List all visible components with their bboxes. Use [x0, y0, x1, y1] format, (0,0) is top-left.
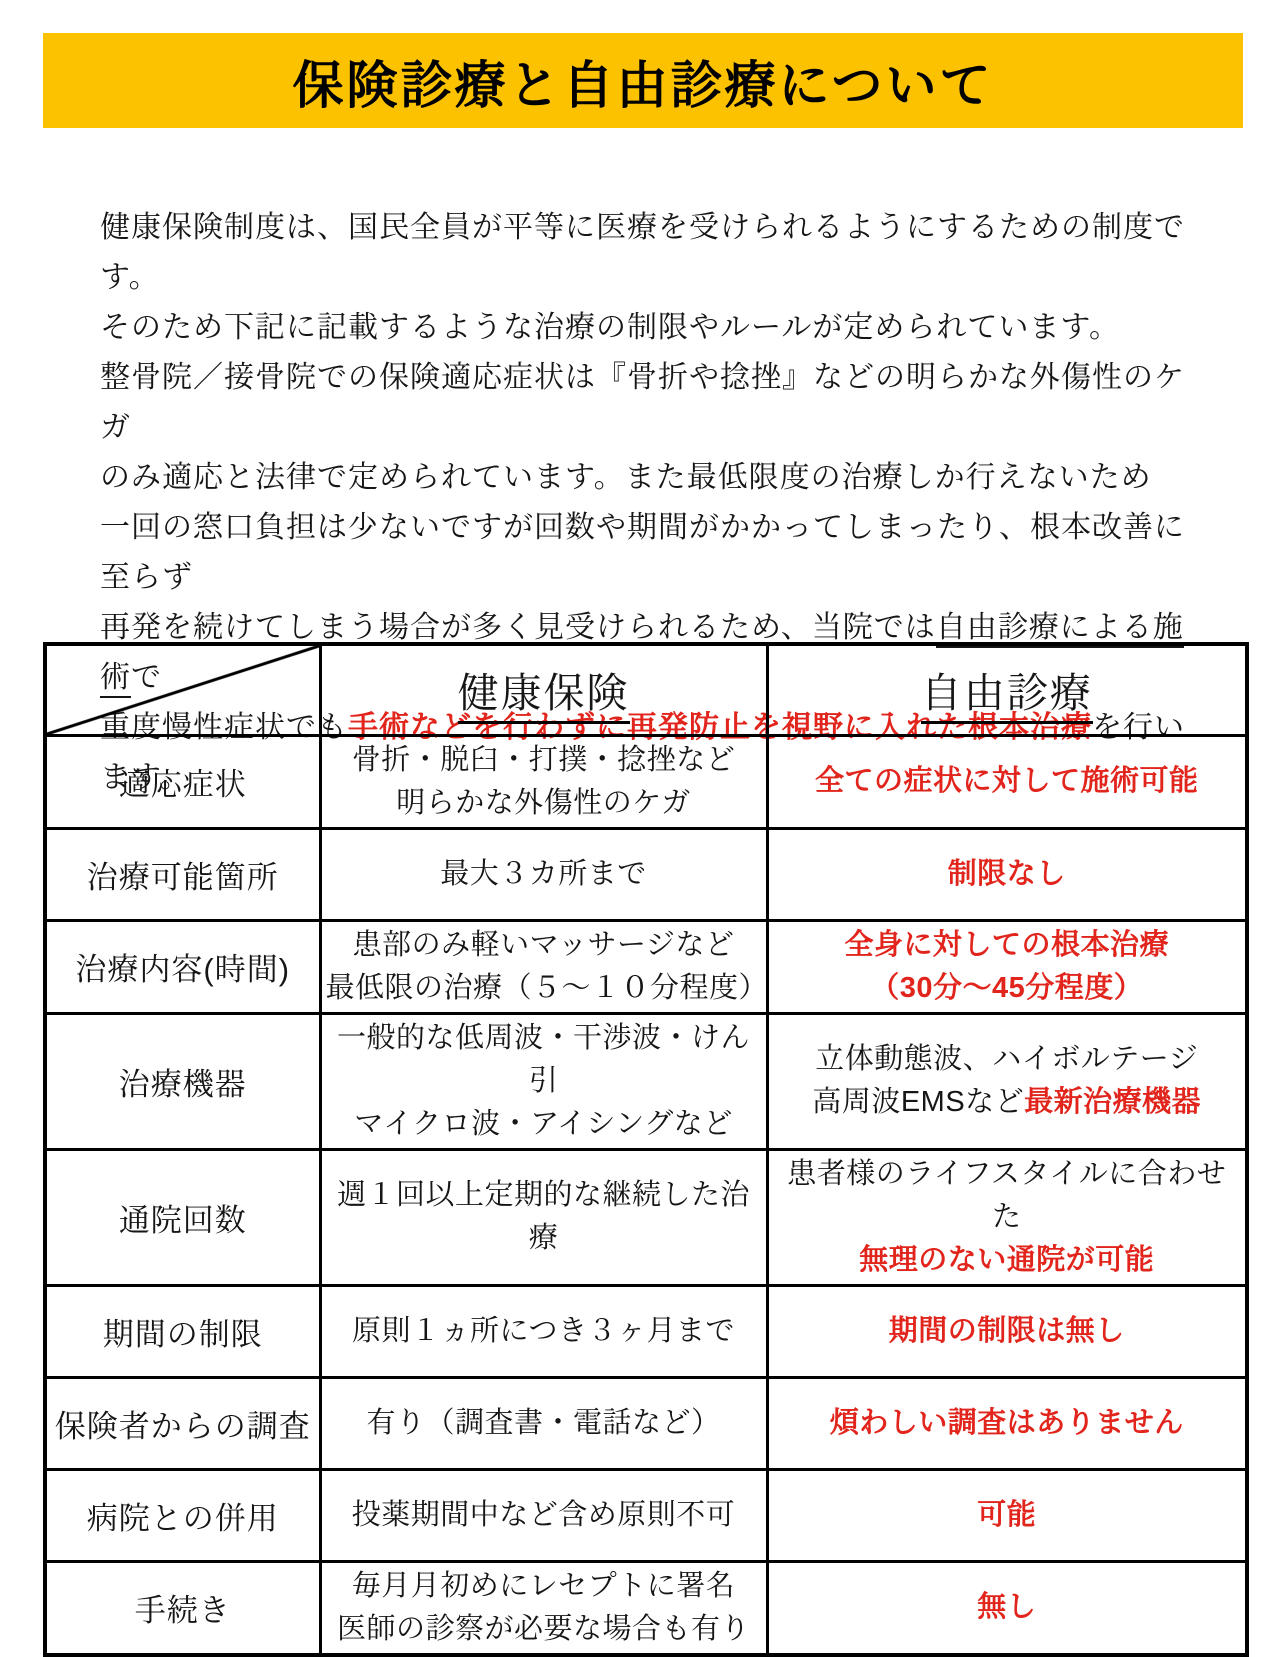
cell-line: 無し	[773, 1586, 1242, 1629]
column-header-label: 健康保険	[458, 670, 630, 724]
table-row: 適応症状骨折・脱臼・打撲・捻挫など明らかな外傷性のケガ全ての症状に対して施術可能	[45, 735, 1247, 828]
jiyu-shinryo-cell: 無し	[767, 1561, 1247, 1655]
text-segment: 投薬期間中など含め原則不可	[352, 1499, 736, 1531]
kenko-hoken-cell: 一般的な低周波・干渉波・けん引マイクロ波・アイシングなど	[320, 1013, 767, 1149]
highlighted-text: 全ての症状に対して施術可能	[815, 765, 1199, 797]
row-label: 手続き	[45, 1561, 320, 1655]
cell-line: マイクロ波・アイシングなど	[326, 1103, 762, 1146]
kenko-hoken-cell: 骨折・脱臼・打撲・捻挫など明らかな外傷性のケガ	[320, 735, 767, 828]
column-header-label: 自由診療	[921, 670, 1093, 724]
cell-line: 最低限の治療（５〜１０分程度）	[326, 967, 762, 1010]
kenko-hoken-cell: 毎月月初めにレセプトに署名医師の診察が必要な場合も有り	[320, 1561, 767, 1655]
intro-line: のみ適応と法律で定められています。また最低限度の治療しか行えないため	[100, 453, 1210, 503]
highlighted-text: 可能	[977, 1499, 1036, 1531]
row-label: 期間の制限	[45, 1285, 320, 1377]
jiyu-shinryo-cell: 全ての症状に対して施術可能	[767, 735, 1247, 828]
intro-line: 整骨院／接骨院での保険適応症状は『骨折や捻挫』などの明らかな外傷性のケガ	[100, 353, 1210, 453]
column-header-kenko-hoken: 健康保険	[320, 644, 767, 735]
text-segment: 最低限の治療（５〜１０分程度）	[326, 972, 768, 1004]
kenko-hoken-cell: 投薬期間中など含め原則不可	[320, 1469, 767, 1561]
cell-line: 期間の制限は無し	[773, 1310, 1242, 1353]
jiyu-shinryo-cell: 立体動態波、ハイボルテージ高周波EMSなど最新治療機器	[767, 1013, 1247, 1149]
table-header-row: 健康保険 自由診療	[45, 644, 1247, 735]
text-segment: 骨折・脱臼・打撲・捻挫など	[352, 744, 736, 776]
text-segment: 医師の診察が必要な場合も有り	[337, 1613, 750, 1645]
flyer-page: { "title": "保険診療と自由診療について", "colors": { …	[0, 0, 1286, 1607]
cell-line: （30分〜45分程度）	[773, 967, 1242, 1010]
table-row: 期間の制限原則１ヵ所につき３ヶ月まで期間の制限は無し	[45, 1285, 1247, 1377]
highlighted-text: 全身に対しての根本治療	[844, 929, 1169, 961]
kenko-hoken-cell: 有り（調査書・電話など）	[320, 1377, 767, 1469]
jiyu-shinryo-cell: 期間の制限は無し	[767, 1285, 1247, 1377]
text-segment: 最大３カ所まで	[440, 858, 647, 890]
text-segment: 原則１ヵ所につき３ヶ月まで	[352, 1315, 735, 1347]
text-segment: 毎月月初めにレセプトに署名	[352, 1570, 736, 1602]
highlighted-text: 期間の制限は無し	[889, 1315, 1125, 1347]
text-segment: 健康保険制度は、国民全員が平等に医療を受けられるようにするための制度です。	[100, 211, 1185, 294]
cell-line: 有り（調査書・電話など）	[326, 1402, 762, 1445]
table-row: 治療内容(時間)患部のみ軽いマッサージなど最低限の治療（５〜１０分程度）全身に対…	[45, 920, 1247, 1013]
intro-line: そのため下記に記載するような治療の制限やルールが定められています。	[100, 303, 1210, 353]
comparison-table: 健康保険 自由診療 適応症状骨折・脱臼・打撲・捻挫など明らかな外傷性のケガ全ての…	[43, 642, 1249, 1657]
kenko-hoken-cell: 原則１ヵ所につき３ヶ月まで	[320, 1285, 767, 1377]
cell-line: 最大３カ所まで	[326, 853, 762, 896]
corner-diagonal-cell	[45, 644, 320, 735]
page-title: 保険診療と自由診療について	[293, 44, 994, 118]
cell-line: 無理のない通院が可能	[773, 1239, 1242, 1282]
cell-line: 毎月月初めにレセプトに署名	[326, 1565, 762, 1608]
kenko-hoken-cell: 患部のみ軽いマッサージなど最低限の治療（５〜１０分程度）	[320, 920, 767, 1013]
text-segment: 有り（調査書・電話など）	[366, 1407, 720, 1439]
intro-line: 健康保険制度は、国民全員が平等に医療を受けられるようにするための制度です。	[100, 203, 1210, 303]
text-segment: そのため下記に記載するような治療の制限やルールが定められています。	[100, 311, 1120, 344]
cell-line: 煩わしい調査はありません	[773, 1402, 1242, 1445]
row-label: 通院回数	[45, 1149, 320, 1285]
cell-line: 明らかな外傷性のケガ	[326, 782, 762, 825]
cell-line: 骨折・脱臼・打撲・捻挫など	[326, 739, 762, 782]
column-header-jiyu-shinryo: 自由診療	[767, 644, 1247, 735]
text-segment: 再発を続けてしまう場合が多く見受けられるため、当院では	[100, 611, 936, 644]
jiyu-shinryo-cell: 煩わしい調査はありません	[767, 1377, 1247, 1469]
cell-line: 高周波EMSなど最新治療機器	[773, 1081, 1242, 1124]
cell-line: 医師の診察が必要な場合も有り	[326, 1608, 762, 1651]
row-label: 治療可能箇所	[45, 828, 320, 920]
text-segment: 整骨院／接骨院での保険適応症状は『骨折や捻挫』などの明らかな外傷性のケガ	[100, 361, 1185, 444]
jiyu-shinryo-cell: 患者様のライフスタイルに合わせた無理のない通院が可能	[767, 1149, 1247, 1285]
table-row: 治療可能箇所最大３カ所まで制限なし	[45, 828, 1247, 920]
comparison-table-wrap: 健康保険 自由診療 適応症状骨折・脱臼・打撲・捻挫など明らかな外傷性のケガ全ての…	[43, 642, 1249, 1657]
row-label: 保険者からの調査	[45, 1377, 320, 1469]
row-label: 適応症状	[45, 735, 320, 828]
cell-line: 原則１ヵ所につき３ヶ月まで	[326, 1310, 762, 1353]
highlighted-text: 無し	[977, 1591, 1036, 1623]
cell-line: 投薬期間中など含め原則不可	[326, 1494, 762, 1537]
jiyu-shinryo-cell: 可能	[767, 1469, 1247, 1561]
table-row: 通院回数週１回以上定期的な継続した治療患者様のライフスタイルに合わせた無理のない…	[45, 1149, 1247, 1285]
jiyu-shinryo-cell: 制限なし	[767, 828, 1247, 920]
cell-line: 一般的な低周波・干渉波・けん引	[326, 1017, 762, 1103]
kenko-hoken-cell: 最大３カ所まで	[320, 828, 767, 920]
table-row: 病院との併用投薬期間中など含め原則不可可能	[45, 1469, 1247, 1561]
cell-line: 制限なし	[773, 853, 1242, 896]
text-segment: 高周波EMSなど	[812, 1086, 1024, 1118]
cell-line: 可能	[773, 1494, 1242, 1537]
text-segment: 一般的な低周波・干渉波・けん引	[337, 1022, 750, 1097]
text-segment: 明らかな外傷性のケガ	[396, 787, 690, 819]
text-segment: 患者様のライフスタイルに合わせた	[787, 1158, 1226, 1233]
highlighted-text: 制限なし	[948, 858, 1066, 890]
text-segment: 立体動態波、ハイボルテージ	[815, 1043, 1198, 1075]
table-row: 保険者からの調査有り（調査書・電話など）煩わしい調査はありません	[45, 1377, 1247, 1469]
text-segment: 週１回以上定期的な継続した治療	[337, 1179, 750, 1254]
cell-line: 週１回以上定期的な継続した治療	[326, 1174, 762, 1260]
cell-line: 全ての症状に対して施術可能	[773, 760, 1242, 803]
text-segment: のみ適応と法律で定められています。また最低限度の治療しか行えないため	[100, 461, 1152, 494]
highlighted-text: 煩わしい調査はありません	[830, 1407, 1184, 1439]
text-segment: マイクロ波・アイシングなど	[354, 1108, 732, 1140]
jiyu-shinryo-cell: 全身に対しての根本治療（30分〜45分程度）	[767, 920, 1247, 1013]
table-row: 治療機器一般的な低周波・干渉波・けん引マイクロ波・アイシングなど立体動態波、ハイ…	[45, 1013, 1247, 1149]
row-label: 治療機器	[45, 1013, 320, 1149]
cell-line: 立体動態波、ハイボルテージ	[773, 1038, 1242, 1081]
text-segment: 一回の窓口負担は少ないですが回数や期間がかかってしまったり、根本改善に至らず	[100, 511, 1185, 594]
intro-line: 一回の窓口負担は少ないですが回数や期間がかかってしまったり、根本改善に至らず	[100, 503, 1210, 603]
title-banner: 保険診療と自由診療について	[43, 33, 1243, 128]
cell-line: 全身に対しての根本治療	[773, 924, 1242, 967]
table-row: 手続き毎月月初めにレセプトに署名医師の診察が必要な場合も有り無し	[45, 1561, 1247, 1655]
highlighted-text: （30分〜45分程度）	[870, 972, 1143, 1004]
highlighted-text: 最新治療機器	[1024, 1086, 1201, 1118]
cell-line: 患部のみ軽いマッサージなど	[326, 924, 762, 967]
row-label: 治療内容(時間)	[45, 920, 320, 1013]
text-segment: 患部のみ軽いマッサージなど	[353, 929, 735, 961]
table-body: 適応症状骨折・脱臼・打撲・捻挫など明らかな外傷性のケガ全ての症状に対して施術可能…	[45, 735, 1247, 1655]
highlighted-text: 無理のない通院が可能	[859, 1244, 1154, 1276]
row-label: 病院との併用	[45, 1469, 320, 1561]
cell-line: 患者様のライフスタイルに合わせた	[773, 1153, 1242, 1239]
kenko-hoken-cell: 週１回以上定期的な継続した治療	[320, 1149, 767, 1285]
